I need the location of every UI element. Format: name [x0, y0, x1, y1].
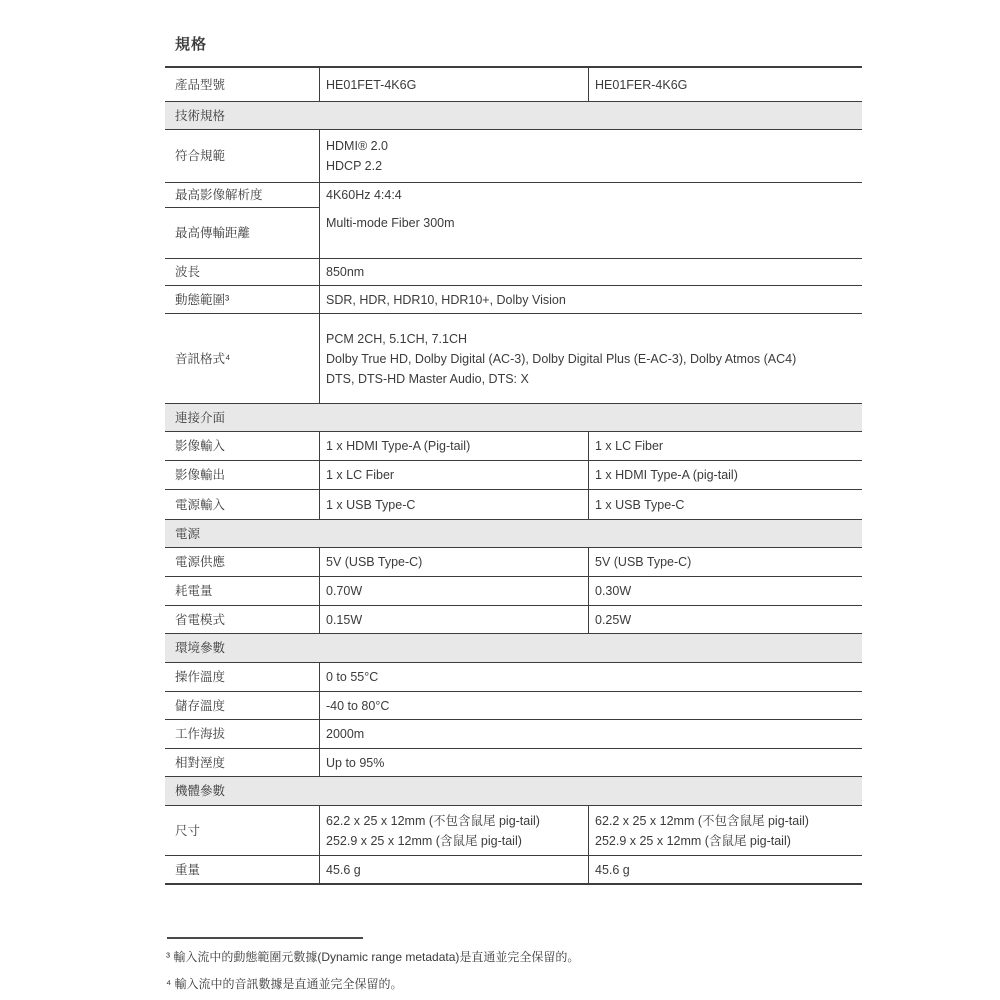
row-value: -40 to 80°C — [320, 692, 862, 719]
row-value-right: 0.30W — [589, 577, 862, 605]
row-value-right: 5V (USB Type-C) — [589, 548, 862, 576]
row-value-right: 1 x LC Fiber — [589, 432, 862, 460]
spec-row-max-resolution: 最高影像解析度 4K60Hz 4:4:4 — [165, 182, 862, 207]
spec-row-dimensions: 尺寸 62.2 x 25 x 12mm (不包含鼠尾 pig-tail) 252… — [165, 805, 862, 855]
row-value: SDR, HDR, HDR10, HDR10+, Dolby Vision — [320, 286, 862, 313]
row-label: 音訊格式⁴ — [165, 314, 320, 403]
spec-row-weight: 重量 45.6 g 45.6 g — [165, 855, 862, 883]
spec-row-power-consumption: 耗電量 0.70W 0.30W — [165, 576, 862, 605]
row-value-right: 62.2 x 25 x 12mm (不包含鼠尾 pig-tail) 252.9 … — [589, 806, 862, 855]
spec-row-product-model: 產品型號 HE01FET-4K6G HE01FER-4K6G — [165, 68, 862, 101]
spec-row-max-distance: 最高傳輸距離 Multi-mode Fiber 300m — [165, 207, 862, 258]
spec-row-dynamic-range: 動態範圍³ SDR, HDR, HDR10, HDR10+, Dolby Vis… — [165, 285, 862, 313]
row-label: 耗電量 — [165, 577, 320, 605]
row-value-right: 1 x USB Type-C — [589, 490, 862, 519]
row-value-right: 0.25W — [589, 606, 862, 633]
row-value-left: 5V (USB Type-C) — [320, 548, 589, 576]
section-header-label: 技術規格 — [165, 102, 862, 129]
row-value-left: HE01FET-4K6G — [320, 68, 589, 101]
spec-row-storage-temp: 儲存溫度 -40 to 80°C — [165, 691, 862, 719]
footnote-audio-data: ⁴ 輸入流中的音訊數據是直通並完全保留的。 — [166, 975, 403, 992]
spec-row-compliance: 符合規範 HDMI® 2.0 HDCP 2.2 — [165, 129, 862, 182]
section-header-mechanical: 機體參數 — [165, 776, 862, 805]
footnote-separator — [167, 937, 363, 939]
row-value-left: 1 x HDMI Type-A (Pig-tail) — [320, 432, 589, 460]
row-value: 2000m — [320, 720, 862, 748]
row-value: Multi-mode Fiber 300m — [320, 207, 862, 258]
row-label: 電源輸入 — [165, 490, 320, 519]
row-value-right: HE01FER-4K6G — [589, 68, 862, 101]
row-label: 最高傳輸距離 — [165, 207, 320, 258]
row-value-left: 0.70W — [320, 577, 589, 605]
section-header-label: 連接介面 — [165, 404, 862, 431]
row-value: 850nm — [320, 259, 862, 285]
row-label: 影像輸出 — [165, 461, 320, 489]
row-value: PCM 2CH, 5.1CH, 7.1CH Dolby True HD, Dol… — [320, 314, 862, 403]
row-label: 電源供應 — [165, 548, 320, 576]
row-label: 操作溫度 — [165, 663, 320, 691]
spec-row-power-supply: 電源供應 5V (USB Type-C) 5V (USB Type-C) — [165, 547, 862, 576]
page-title: 規格 — [175, 33, 207, 54]
row-value: 0 to 55°C — [320, 663, 862, 691]
spec-row-wavelength: 波長 850nm — [165, 258, 862, 285]
spec-row-power-saving: 省電模式 0.15W 0.25W — [165, 605, 862, 633]
section-header-environment: 環境參數 — [165, 633, 862, 662]
row-label: 產品型號 — [165, 68, 320, 101]
row-label: 儲存溫度 — [165, 692, 320, 719]
row-label: 影像輸入 — [165, 432, 320, 460]
section-header-tech-specs: 技術規格 — [165, 101, 862, 129]
row-label: 工作海拔 — [165, 720, 320, 748]
section-header-interfaces: 連接介面 — [165, 403, 862, 431]
spec-row-video-output: 影像輸出 1 x LC Fiber 1 x HDMI Type-A (pig-t… — [165, 460, 862, 489]
row-value: HDMI® 2.0 HDCP 2.2 — [320, 130, 862, 182]
row-value-left: 45.6 g — [320, 856, 589, 883]
row-value: Up to 95% — [320, 749, 862, 776]
spec-row-video-input: 影像輸入 1 x HDMI Type-A (Pig-tail) 1 x LC F… — [165, 431, 862, 460]
row-value-right: 1 x HDMI Type-A (pig-tail) — [589, 461, 862, 489]
section-header-label: 機體參數 — [165, 777, 862, 805]
spec-row-operating-temp: 操作溫度 0 to 55°C — [165, 662, 862, 691]
row-label: 重量 — [165, 856, 320, 883]
spec-row-power-input: 電源輸入 1 x USB Type-C 1 x USB Type-C — [165, 489, 862, 519]
spec-table: 產品型號 HE01FET-4K6G HE01FER-4K6G 技術規格 符合規範… — [165, 66, 862, 885]
row-label: 尺寸 — [165, 806, 320, 855]
row-label: 波長 — [165, 259, 320, 285]
row-value-right: 45.6 g — [589, 856, 862, 883]
row-value-left: 1 x LC Fiber — [320, 461, 589, 489]
row-label: 相對溼度 — [165, 749, 320, 776]
row-value: 4K60Hz 4:4:4 — [320, 183, 862, 207]
footnote-dynamic-range: ³ 輸入流中的動態範圍元數據(Dynamic range metadata)是直… — [166, 948, 579, 965]
spec-row-audio-format: 音訊格式⁴ PCM 2CH, 5.1CH, 7.1CH Dolby True H… — [165, 313, 862, 403]
row-label: 省電模式 — [165, 606, 320, 633]
spec-row-humidity: 相對溼度 Up to 95% — [165, 748, 862, 776]
row-label: 符合規範 — [165, 130, 320, 182]
row-value-left: 1 x USB Type-C — [320, 490, 589, 519]
section-header-power: 電源 — [165, 519, 862, 547]
section-header-label: 電源 — [165, 520, 862, 547]
row-label: 最高影像解析度 — [165, 183, 320, 207]
row-label: 動態範圍³ — [165, 286, 320, 313]
spec-row-altitude: 工作海拔 2000m — [165, 719, 862, 748]
row-value-left: 0.15W — [320, 606, 589, 633]
row-value-left: 62.2 x 25 x 12mm (不包含鼠尾 pig-tail) 252.9 … — [320, 806, 589, 855]
section-header-label: 環境參數 — [165, 634, 862, 662]
